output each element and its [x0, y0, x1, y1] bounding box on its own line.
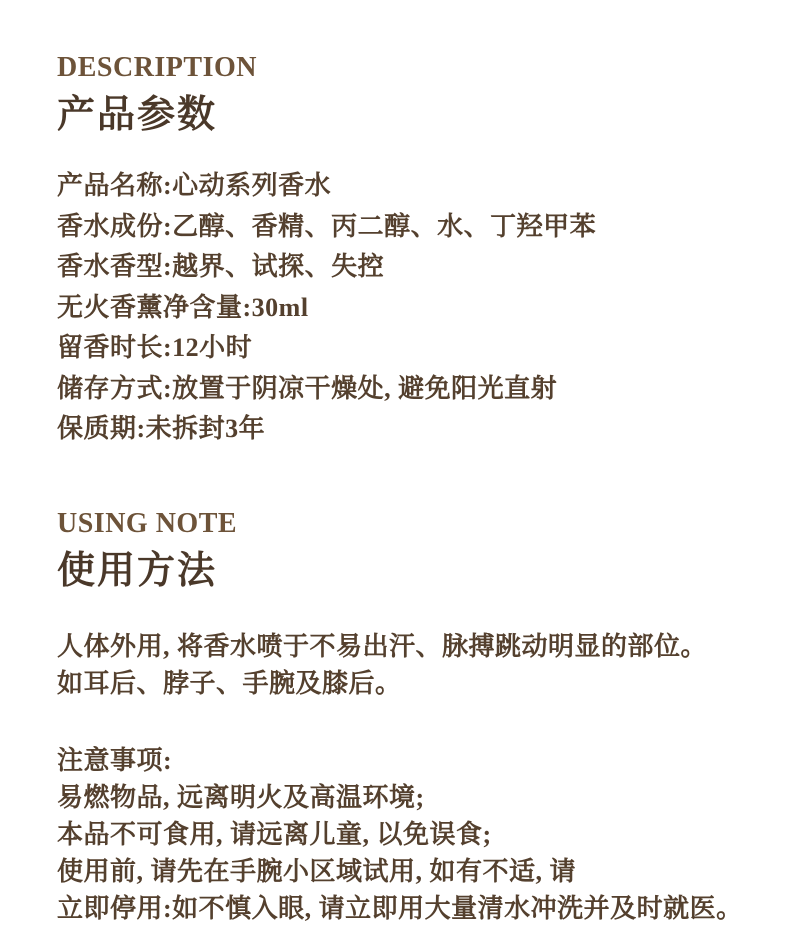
usage-heading-en: USING NOTE [57, 508, 754, 540]
param-fragrance-types: 香水香型:越界、试探、失控 [57, 247, 754, 288]
precaution-line-patch-test: 使用前, 请先在手腕小区域试用, 如有不适, 请 [57, 853, 754, 890]
product-params-list: 产品名称:心动系列香水 香水成份:乙醇、香精、丙二醇、水、丁羟甲苯 香水香型:越… [57, 166, 754, 450]
usage-instruction-line: 人体外用, 将香水喷于不易出汗、脉搏跳动明显的部位。 [57, 628, 754, 665]
usage-instructions: 人体外用, 将香水喷于不易出汗、脉搏跳动明显的部位。 如耳后、脖子、手腕及膝后。 [57, 628, 754, 702]
product-params-title: 产品参数 [57, 92, 754, 138]
precautions-title: 注意事项: [57, 742, 754, 779]
precaution-line-flammable: 易燃物品, 远离明火及高温环境; [57, 779, 754, 816]
param-storage: 储存方式:放置于阴凉干燥处, 避免阳光直射 [57, 369, 754, 410]
product-description-page: DESCRIPTION 产品参数 产品名称:心动系列香水 香水成份:乙醇、香精、… [0, 0, 790, 947]
description-heading-en: DESCRIPTION [57, 52, 754, 84]
param-net-content: 无火香薰净含量:30ml [57, 288, 754, 329]
precautions-block: 注意事项: 易燃物品, 远离明火及高温环境; 本品不可食用, 请远离儿童, 以免… [57, 742, 754, 927]
precaution-line-eye-contact: 立即停用:如不慎入眼, 请立即用大量清水冲洗并及时就医。 [57, 890, 754, 927]
param-product-name: 产品名称:心动系列香水 [57, 166, 754, 207]
param-shelf-life: 保质期:未拆封3年 [57, 409, 754, 450]
usage-section: USING NOTE 使用方法 人体外用, 将香水喷于不易出汗、脉搏跳动明显的部… [57, 508, 754, 927]
description-section: DESCRIPTION 产品参数 产品名称:心动系列香水 香水成份:乙醇、香精、… [57, 52, 754, 450]
usage-method-title: 使用方法 [57, 548, 754, 594]
param-scent-duration: 留香时长:12小时 [57, 328, 754, 369]
usage-instruction-line: 如耳后、脖子、手腕及膝后。 [57, 665, 754, 702]
precaution-line-not-edible: 本品不可食用, 请远离儿童, 以免误食; [57, 816, 754, 853]
param-ingredients: 香水成份:乙醇、香精、丙二醇、水、丁羟甲苯 [57, 207, 754, 248]
